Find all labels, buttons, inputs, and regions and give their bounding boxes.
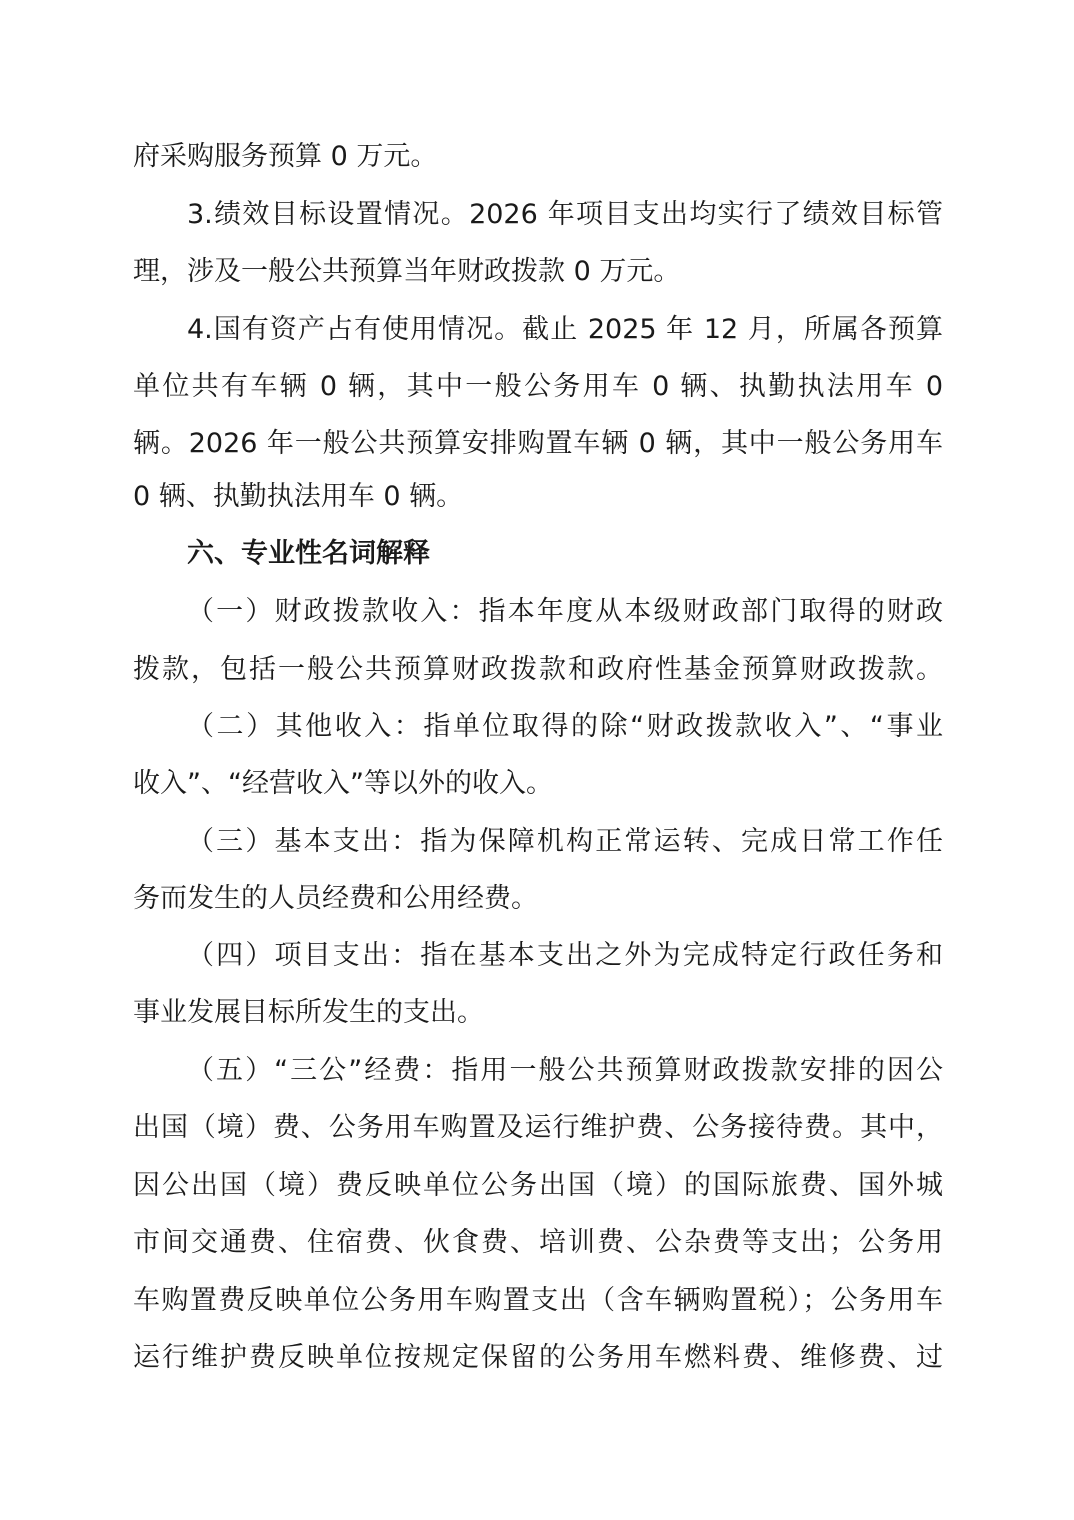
paragraph-line: 0 辆、执勤执法用车 0 辆。 [133,477,943,517]
paragraph-line: （一）财政拨款收入：指本年度从本级财政部门取得的财政 [187,592,943,632]
paragraph-line: 府采购服务预算 0 万元。 [133,137,943,177]
paragraph-line: 理，涉及一般公共预算当年财政拨款 0 万元。 [133,252,943,292]
paragraph-line: 收入”、“经营收入”等以外的收入。 [133,764,943,804]
paragraph-line: 务而发生的人员经费和公用经费。 [133,879,943,919]
paragraph-line: 3.绩效目标设置情况。2026 年项目支出均实行了绩效目标管 [187,195,943,235]
paragraph-line: 辆。2026 年一般公共预算安排购置车辆 0 辆，其中一般公务用车 [133,424,943,464]
paragraph-line: 单位共有车辆 0 辆，其中一般公务用车 0 辆、执勤执法用车 0 [133,367,943,407]
paragraph-line: 运行维护费反映单位按规定保留的公务用车燃料费、维修费、过 [133,1338,943,1378]
paragraph-line: （三）基本支出：指为保障机构正常运转、完成日常工作任 [187,822,943,862]
paragraph-line: （四）项目支出：指在基本支出之外为完成特定行政任务和 [187,936,943,976]
paragraph-line: 事业发展目标所发生的支出。 [133,993,943,1033]
section-heading: 六、专业性名词解释 [187,534,943,574]
paragraph-line: 车购置费反映单位公务用车购置支出（含车辆购置税）；公务用车 [133,1281,943,1321]
paragraph-line: （二）其他收入：指单位取得的除“财政拨款收入”、“事业 [187,707,943,747]
paragraph-line: 出国（境）费、公务用车购置及运行维护费、公务接待费。其中， [133,1108,943,1148]
paragraph-line: （五）“三公”经费：指用一般公共预算财政拨款安排的因公 [187,1051,943,1091]
paragraph-line: 市间交通费、住宿费、伙食费、培训费、公杂费等支出；公务用 [133,1223,943,1263]
document-page: 府采购服务预算 0 万元。 3.绩效目标设置情况。2026 年项目支出均实行了绩… [0,0,1074,1520]
paragraph-line: 因公出国（境）费反映单位公务出国（境）的国际旅费、国外城 [133,1166,943,1206]
paragraph-line: 4.国有资产占有使用情况。截止 2025 年 12 月，所属各预算 [187,310,943,350]
paragraph-line: 拨款，包括一般公共预算财政拨款和政府性基金预算财政拨款。 [133,650,943,690]
